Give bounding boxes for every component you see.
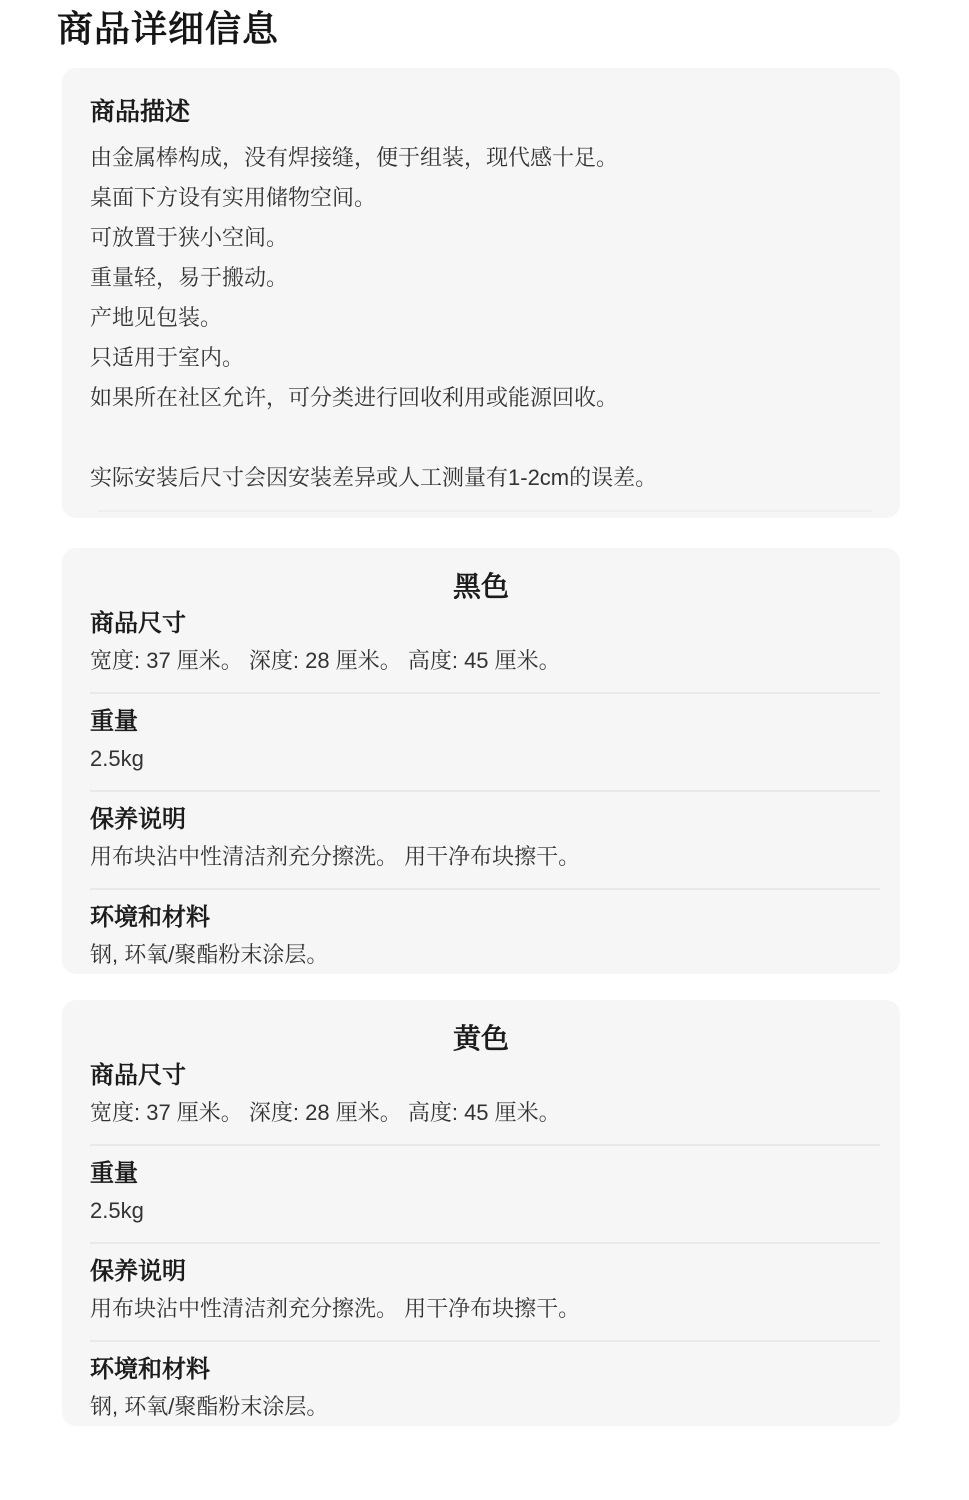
divider bbox=[90, 790, 880, 792]
divider bbox=[90, 1340, 880, 1342]
weight-heading: 重量 bbox=[90, 706, 872, 737]
description-line: 如果所在社区允许，可分类进行回收利用或能源回收。 bbox=[90, 378, 872, 418]
variant-card-yellow: 黄色 商品尺寸 宽度: 37 厘米。 深度: 28 厘米。 高度: 45 厘米。… bbox=[62, 1000, 900, 1426]
care-heading: 保养说明 bbox=[90, 1256, 872, 1287]
page-title: 商品详细信息 bbox=[0, 0, 969, 50]
dimensions-heading: 商品尺寸 bbox=[90, 608, 872, 639]
variant-color-title: 黑色 bbox=[90, 568, 872, 606]
materials-value: 钢, 环氧/聚酯粉末涂层。 bbox=[90, 1390, 872, 1423]
weight-heading: 重量 bbox=[90, 1158, 872, 1189]
divider bbox=[90, 692, 880, 694]
weight-value: 2.5kg bbox=[90, 1194, 872, 1227]
product-description-card: 商品描述 由金属棒构成，没有焊接缝，便于组装，现代感十足。 桌面下方设有实用储物… bbox=[62, 68, 900, 518]
variant-color-title: 黄色 bbox=[90, 1020, 872, 1058]
description-line: 重量轻，易于搬动。 bbox=[90, 258, 872, 298]
care-value: 用布块沾中性清洁剂充分擦洗。 用干净布块擦干。 bbox=[90, 840, 872, 873]
description-heading: 商品描述 bbox=[90, 96, 872, 128]
care-heading: 保养说明 bbox=[90, 804, 872, 835]
weight-value: 2.5kg bbox=[90, 742, 872, 775]
materials-heading: 环境和材料 bbox=[90, 902, 872, 933]
measurement-tolerance-note: 实际安装后尺寸会因安装差异或人工测量有1-2cm的误差。 bbox=[90, 458, 872, 498]
variant-card-black: 黑色 商品尺寸 宽度: 37 厘米。 深度: 28 厘米。 高度: 45 厘米。… bbox=[62, 548, 900, 974]
divider bbox=[90, 888, 880, 890]
divider bbox=[90, 1242, 880, 1244]
materials-value: 钢, 环氧/聚酯粉末涂层。 bbox=[90, 938, 872, 971]
divider bbox=[98, 510, 872, 512]
divider bbox=[90, 1144, 880, 1146]
dimensions-value: 宽度: 37 厘米。 深度: 28 厘米。 高度: 45 厘米。 bbox=[90, 1096, 872, 1129]
dimensions-value: 宽度: 37 厘米。 深度: 28 厘米。 高度: 45 厘米。 bbox=[90, 644, 872, 677]
product-detail-page: 商品详细信息 商品描述 由金属棒构成，没有焊接缝，便于组装，现代感十足。 桌面下… bbox=[0, 0, 969, 1500]
care-value: 用布块沾中性清洁剂充分擦洗。 用干净布块擦干。 bbox=[90, 1292, 872, 1325]
dimensions-heading: 商品尺寸 bbox=[90, 1060, 872, 1091]
description-line: 由金属棒构成，没有焊接缝，便于组装，现代感十足。 bbox=[90, 138, 872, 178]
materials-heading: 环境和材料 bbox=[90, 1354, 872, 1385]
description-line: 可放置于狭小空间。 bbox=[90, 218, 872, 258]
description-line: 桌面下方设有实用储物空间。 bbox=[90, 178, 872, 218]
description-line: 只适用于室内。 bbox=[90, 338, 872, 378]
description-line: 产地见包装。 bbox=[90, 298, 872, 338]
